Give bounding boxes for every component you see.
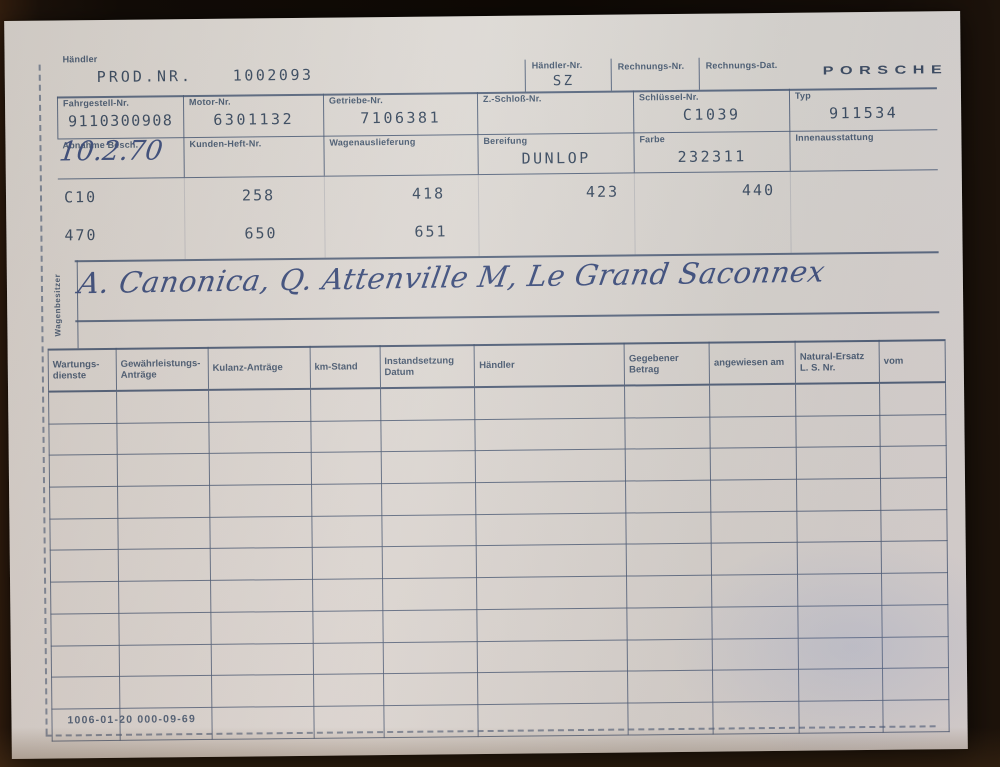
field-motor-nr: Motor-Nr. 6301132	[183, 94, 323, 137]
innenausstattung-label: Innenausstattung	[795, 132, 873, 143]
wagenbesitzer-label: Wagenbesitzer	[53, 264, 63, 346]
ledger-line	[790, 171, 792, 253]
porsche-logo: PORSCHE	[823, 63, 949, 78]
prod-nr-value: 1002093	[233, 66, 314, 85]
col-km-stand: km-Stand	[310, 346, 380, 389]
wagenauslieferung-label: Wagenauslieferung	[329, 137, 415, 148]
delivery-band: Abnahme Besch. Kunden-Heft-Nr. Wagenausl…	[57, 129, 937, 179]
col-instandsetzung: Instandsetzung Datum	[380, 345, 475, 388]
z-schloss-label: Z.-Schloß-Nr.	[483, 93, 542, 104]
fahrgestell-value: 9110300908	[58, 111, 183, 130]
option-code: 651	[414, 222, 447, 240]
ledger-line	[634, 172, 636, 254]
field-farbe: Farbe 232311	[633, 131, 789, 173]
getriebe-label: Getriebe-Nr.	[329, 95, 383, 106]
form-code: 1006-01-20 000-09-69	[67, 713, 196, 726]
rechnungs-dat-label: Rechnungs-Dat.	[706, 60, 778, 71]
option-code: 423	[586, 183, 619, 201]
photo-of-porsche-service-card: { "colors": { "paper": "#d7d3ce", "ink":…	[0, 0, 1000, 767]
prod-nr-label: PROD.NR.	[97, 67, 193, 86]
handwritten-abnahme-date: 10.2.70	[58, 135, 165, 167]
col-gegebener-betrag: Gegebener Betrag	[624, 343, 709, 386]
farbe-value: 232311	[635, 147, 790, 167]
option-code: 258	[242, 186, 275, 204]
col-angewiesen-am: angewiesen am	[709, 342, 795, 385]
haendler-label: Händler	[63, 54, 98, 64]
schluessel-value: C1039	[634, 105, 789, 125]
field-fahrgestell-nr: Fahrgestell-Nr. 9110300908	[57, 95, 183, 138]
ledger-line	[184, 177, 186, 259]
fahrgestell-label: Fahrgestell-Nr.	[63, 98, 129, 109]
bereifung-label: Bereifung	[483, 136, 527, 146]
service-record-table: Wartungs- dienste Gewährleistungs- Anträ…	[48, 339, 950, 741]
rechnungs-nr-label: Rechnungs-Nr.	[618, 61, 685, 72]
left-dashed-margin	[39, 65, 48, 735]
col-kulanz-antraege: Kulanz-Anträge	[208, 347, 310, 390]
field-typ: Typ 911534	[789, 87, 937, 131]
option-code: 440	[742, 181, 775, 199]
option-code: 650	[244, 224, 277, 242]
field-bereifung: Bereifung DUNLOP	[477, 132, 633, 174]
option-code: C10	[64, 188, 97, 206]
typ-label: Typ	[795, 91, 811, 101]
motor-label: Motor-Nr.	[189, 97, 231, 107]
haendler-nr-tick	[525, 60, 527, 92]
field-kunden-heft-nr: Kunden-Heft-Nr.	[183, 136, 323, 177]
handwritten-owner-entry: A. Canonica, Q. Attenville M, Le Grand S…	[76, 254, 828, 300]
ledger-line	[324, 176, 326, 258]
field-schluessel-nr: Schlüssel-Nr. C1039	[633, 89, 789, 133]
ledger-line	[478, 174, 480, 256]
z-schloss-value	[478, 106, 633, 108]
getriebe-value: 7106381	[324, 108, 477, 128]
service-card-paper: Händler PROD.NR. 1002093 Händler-Nr. SZ …	[4, 11, 968, 759]
schluessel-label: Schlüssel-Nr.	[639, 92, 699, 103]
col-gewaehrleistung: Gewährleistungs- Anträge	[116, 348, 208, 391]
haendler-nr-label: Händler-Nr.	[532, 60, 583, 71]
field-getriebe-nr: Getriebe-Nr. 7106381	[323, 92, 477, 136]
field-wagenauslieferung: Wagenauslieferung	[323, 134, 477, 176]
bereifung-value: DUNLOP	[479, 148, 634, 168]
rechnungs-nr-tick	[611, 59, 613, 91]
col-natural-ersatz: Natural-Ersatz L. S. Nr.	[795, 341, 879, 384]
owner-rule-bottom	[75, 311, 939, 322]
option-code: 418	[412, 184, 445, 202]
field-z-schloss-nr: Z.-Schloß-Nr.	[477, 90, 633, 134]
service-table-body	[49, 382, 950, 740]
col-vom: vom	[879, 340, 945, 383]
haendler-nr-value: SZ	[553, 73, 575, 89]
option-code: 470	[64, 226, 97, 244]
farbe-label: Farbe	[639, 134, 665, 144]
typ-value: 911534	[790, 103, 937, 123]
col-haendler: Händler	[475, 344, 625, 388]
kunden-heft-label: Kunden-Heft-Nr.	[189, 138, 261, 149]
col-wartungsdienste: Wartungs- dienste	[48, 349, 116, 392]
rechnungs-dat-tick	[699, 58, 701, 90]
motor-value: 6301132	[184, 110, 323, 129]
owner-divider	[77, 260, 79, 348]
field-innenausstattung: Innenausstattung	[789, 129, 937, 171]
